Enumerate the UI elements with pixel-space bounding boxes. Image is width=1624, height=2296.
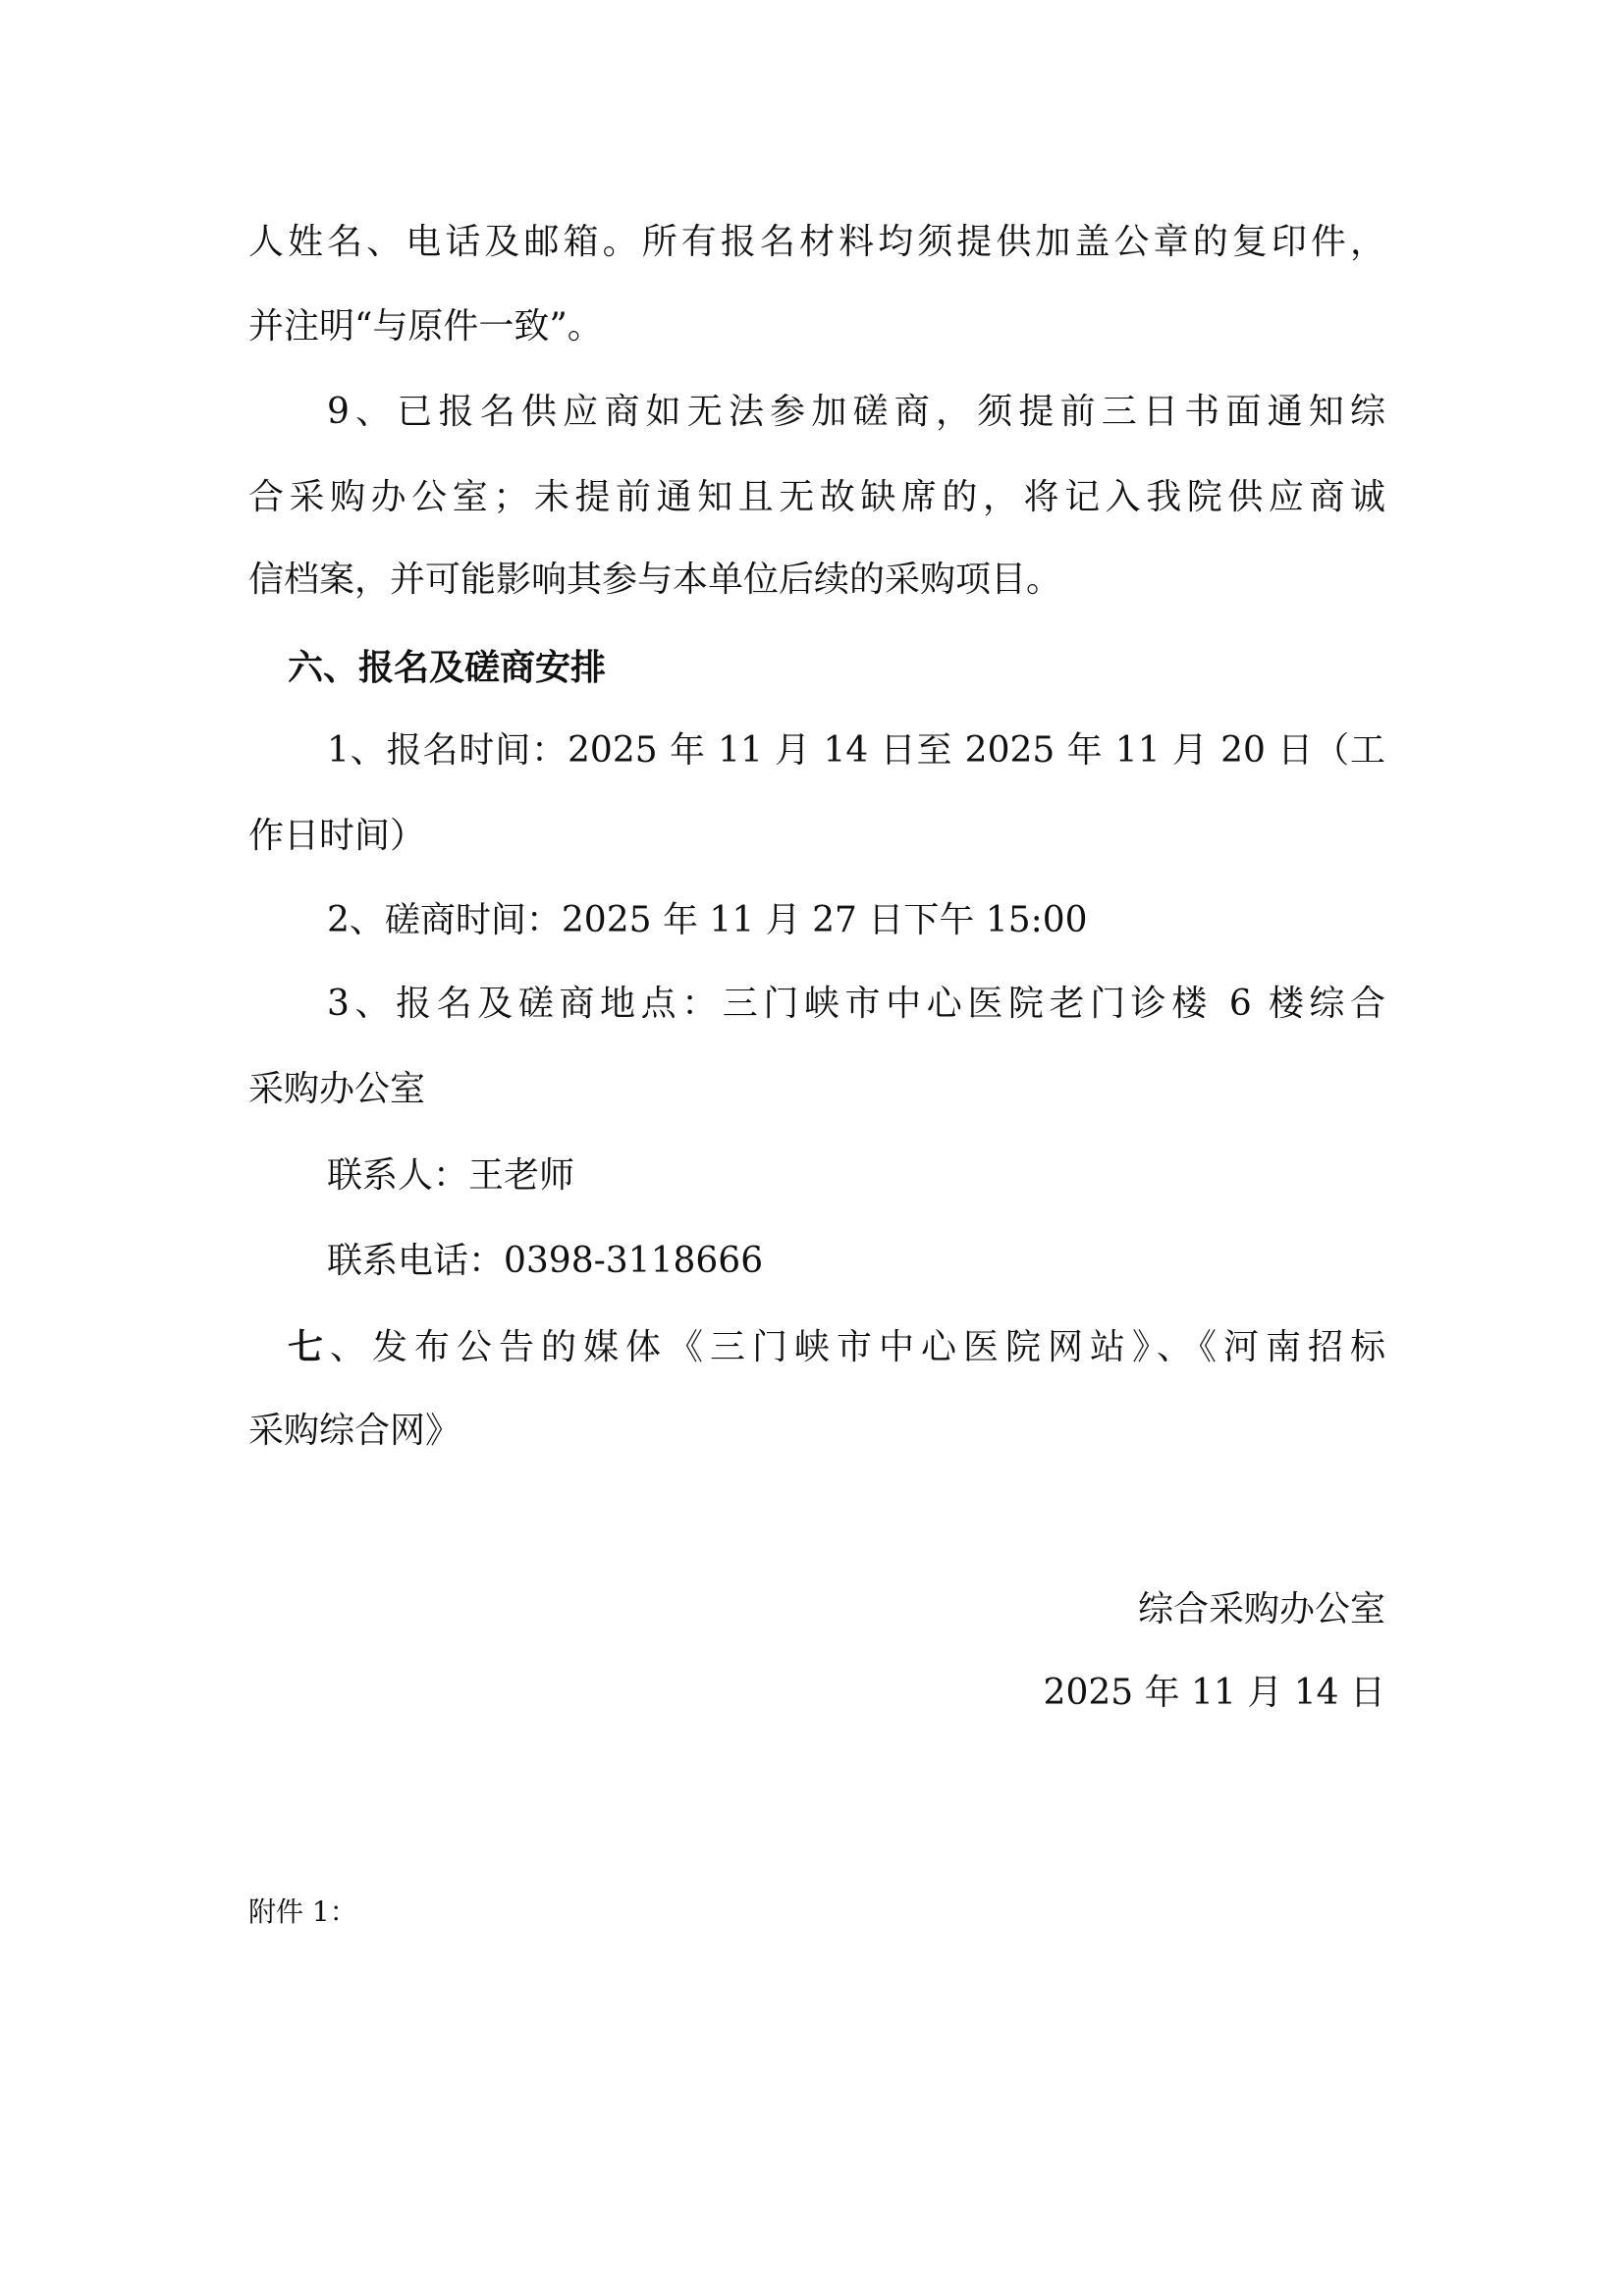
section-6-item-1-line-2: 作日时间） bbox=[248, 812, 1385, 861]
paragraph-9-line-1: 9、已报名供应商如无法参加磋商，须提前三日书面通知综 bbox=[327, 388, 1385, 437]
contact-phone: 联系电话：0398-3118666 bbox=[327, 1237, 1385, 1286]
paragraph-9-line-2: 合采购办公室；未提前通知且无故缺席的，将记入我院供应商诚 bbox=[248, 473, 1385, 522]
section-7-number: 七 bbox=[288, 1326, 330, 1367]
paragraph-8-continuation-line-2: 并注明“与原件一致”。 bbox=[248, 302, 1385, 351]
attachment-label: 附件 1： bbox=[248, 1888, 1385, 1937]
contact-person: 联系人：王老师 bbox=[327, 1151, 1385, 1201]
document-page: 人姓名、电话及邮箱。所有报名材料均须提供加盖公章的复印件， 并注明“与原件一致”… bbox=[0, 0, 1624, 2296]
section-6-item-2: 2、磋商时间：2025 年 11 月 27 日下午 15:00 bbox=[327, 896, 1385, 945]
section-6-heading: 六、报名及磋商安排 bbox=[288, 643, 1385, 692]
section-7-heading-line-1: 七、发布公告的媒体《三门峡市中心医院网站》、《河南招标 bbox=[288, 1322, 1385, 1371]
signature-date: 2025 年 11 月 14 日 bbox=[1044, 1669, 1385, 1718]
paragraph-8-continuation-line-1: 人姓名、电话及邮箱。所有报名材料均须提供加盖公章的复印件， bbox=[248, 218, 1385, 267]
paragraph-9-line-3: 信档案，并可能影响其参与本单位后续的采购项目。 bbox=[248, 556, 1385, 605]
section-6-item-3-line-1: 3、报名及磋商地点：三门峡市中心医院老门诊楼 6 楼综合 bbox=[327, 980, 1385, 1029]
signature-office: 综合采购办公室 bbox=[1138, 1585, 1385, 1634]
section-6-item-3-line-2: 采购办公室 bbox=[248, 1065, 1385, 1114]
section-6-item-1-line-1: 1、报名时间：2025 年 11 月 14 日至 2025 年 11 月 20 … bbox=[327, 726, 1385, 775]
section-7-heading-line-2: 采购综合网》 bbox=[248, 1407, 1385, 1456]
section-7-heading-text: 、发布公告的媒体《三门峡市中心医院网站》、《河南招标 bbox=[330, 1327, 1385, 1367]
